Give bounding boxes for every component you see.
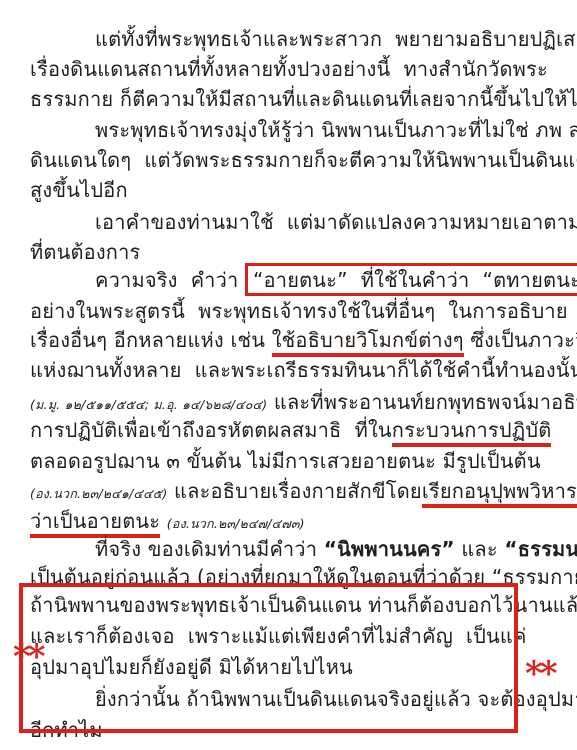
body-text: เอาคำของท่านมาใช้ แต่มาดัดแปลงความหมายเอ… [95, 210, 577, 234]
body-text: การปฏิบัติเพื่อเข้าถึงอรหัตตผลสมาธิ ที่ใ… [30, 418, 392, 442]
citation-text: (อง.นวก.๒๓/๒๔๗/๔๗๓) [167, 516, 305, 531]
text-line: พระพุทธเจ้าทรงมุ่งให้รู้ว่า นิพพานเป็นภา… [95, 116, 577, 144]
body-text: ความจริง คำว่า [95, 268, 245, 292]
body-text: เรื่องดินแดนสถานที่ทั้งหลายทั้งปวงอย่างน… [30, 57, 548, 81]
body-text: และที่พระอานนท์ยกพุทธพจน์มาอธิบาย [267, 390, 577, 414]
red-boxed-text: “อายตนะ” ที่ใช้ในคำว่า “ตทายตนะ” [245, 263, 577, 296]
bold-text: “นิพพานนคร” [324, 537, 455, 561]
text-line: ธรรมกาย ก็ตีความให้มีสถานที่และดินแดนที่… [30, 85, 577, 113]
body-text: อย่างในพระสูตรนี้ พระพุทธเจ้าทรงใช้ในที่… [30, 299, 568, 323]
text-line: ว่าเป็นอายตนะ (อง.นวก.๒๓/๒๔๗/๔๗๓) [30, 507, 305, 538]
right-asterisks-annotation: ** [525, 657, 555, 691]
text-line: (อง.นวก.๒๓/๒๔๑/๔๔๕) และอธิบายเรื่องกายสั… [30, 477, 577, 508]
text-line: ความจริง คำว่า “อายตนะ” ที่ใช้ในคำว่า “ต… [95, 266, 577, 294]
left-asterisks-annotation: ** [13, 640, 43, 674]
body-text: เรื่องอื่นๆ อีกหลายแห่ง เช่น [30, 328, 272, 352]
red-underlined-text: กระบวนการปฏิบัติ [392, 418, 552, 447]
text-line: ดินแดนใดๆ แต่วัดพระธรรมกายก็จะตีความให้น… [30, 146, 577, 174]
text-line: ตลอดอรูปฌาน ๓ ขั้นต้น ไม่มีการเสวยอายตนะ… [30, 447, 541, 475]
body-text: ที่จริง ของเดิมท่านมีคำว่า [95, 537, 324, 561]
red-underlined-text: ใช้อธิบายวิโมกข์ต่างๆ [272, 328, 464, 357]
red-underlined-text: เรียกอนุปุพพวิหาร ทั้ง ๙ [422, 479, 577, 508]
citation-text: (ม.มู. ๑๒/๕๑๑/๕๕๔; ม.อุ. ๑๔/๖๒๘/๔๐๔) [30, 397, 267, 412]
document-page: แต่ทั้งที่พระพุทธเจ้าและพระสาวก พยายามอธ… [0, 0, 577, 750]
text-line: การปฏิบัติเพื่อเข้าถึงอรหัตตผลสมาธิ ที่ใ… [30, 416, 551, 444]
body-text: แต่ทั้งที่พระพุทธเจ้าและพระสาวก พยายามอธ… [95, 27, 577, 51]
text-line: เรื่องอื่นๆ อีกหลายแห่ง เช่น ใช้อธิบายวิ… [30, 326, 577, 354]
body-text: แห่งฌานทั้งหลาย และพระเถรีธรรมทินนาก็ได้… [30, 358, 577, 382]
body-text: ตลอดอรูปฌาน ๓ ขั้นต้น ไม่มีการเสวยอายตนะ… [30, 449, 541, 473]
body-text: และอธิบายเรื่องกายสักขีโดย [167, 479, 421, 503]
text-line: แห่งฌานทั้งหลาย และพระเถรีธรรมทินนาก็ได้… [30, 356, 577, 384]
red-highlight-box [19, 583, 518, 733]
citation-text: (อง.นวก.๒๓/๒๔๑/๔๔๕) [30, 486, 167, 501]
text-line: (ม.มู. ๑๒/๕๑๑/๕๕๔; ม.อุ. ๑๔/๖๒๘/๔๐๔) และ… [30, 388, 577, 419]
text-line: ที่จริง ของเดิมท่านมีคำว่า “นิพพานนคร” แ… [95, 535, 577, 563]
body-text: พระพุทธเจ้าทรงมุ่งให้รู้ว่า นิพพานเป็นภา… [95, 118, 577, 142]
body-text: และ [455, 537, 505, 561]
text-line: อย่างในพระสูตรนี้ พระพุทธเจ้าทรงใช้ในที่… [30, 297, 568, 325]
body-text: ธรรมกาย ก็ตีความให้มีสถานที่และดินแดนที่… [30, 87, 577, 111]
text-line: แต่ทั้งที่พระพุทธเจ้าและพระสาวก พยายามอธ… [95, 25, 577, 53]
body-text: ดินแดนใดๆ แต่วัดพระธรรมกายก็จะตีความให้น… [30, 148, 577, 172]
text-line: เรื่องดินแดนสถานที่ทั้งหลายทั้งปวงอย่างน… [30, 55, 548, 83]
body-text: สูงขึ้นไปอีก [30, 178, 128, 202]
red-underlined-text: ว่าเป็นอายตนะ [30, 509, 160, 538]
text-line: เอาคำของท่านมาใช้ แต่มาดัดแปลงความหมายเอ… [95, 208, 577, 236]
text-line: สูงขึ้นไปอีก [30, 176, 128, 204]
body-text: ที่ตนต้องการ [30, 240, 141, 264]
text-line: ที่ตนต้องการ [30, 238, 141, 266]
bold-text: “ธรรมนคร” [504, 537, 577, 561]
body-text: ซึ่งเป็นภาวะจิต [464, 328, 577, 352]
